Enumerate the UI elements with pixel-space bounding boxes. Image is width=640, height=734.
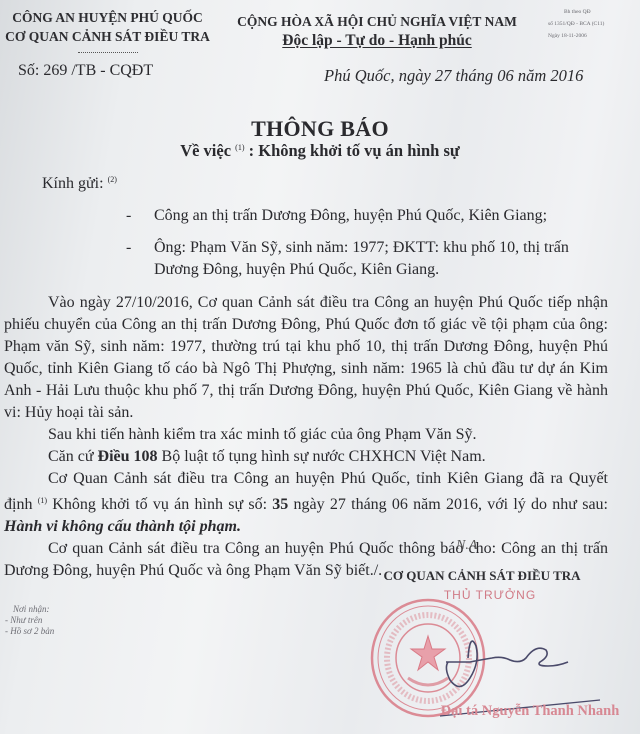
decision-reason: Hành vi không cấu thành tội phạm. (4, 518, 241, 535)
signing-organization: CƠ QUAN CẢNH SÁT ĐIỀU TRA (362, 568, 602, 584)
agency-line-2: CƠ QUAN CẢNH SÁT ĐIỀU TRA (0, 27, 215, 46)
place-date: Phú Quốc, ngày 27 tháng 06 năm 2016 (324, 66, 583, 86)
bullet-dash: - (126, 205, 131, 227)
text: Không khởi tố vụ án hình sự số: (47, 496, 272, 513)
issuing-agency: CÔNG AN HUYỆN PHÚ QUỐC CƠ QUAN CẢNH SÁT … (0, 8, 215, 57)
divider (78, 46, 138, 53)
paragraph-4: Cơ Quan Cảnh sát điều tra Công an huyện … (4, 468, 608, 538)
handwritten-initials: N.A (456, 538, 477, 554)
paragraph-2: Sau khi tiến hành kiểm tra xác minh tố g… (4, 424, 608, 446)
national-motto: Độc lập - Tự do - Hạnh phúc (228, 31, 526, 50)
national-header: CỘNG HÒA XÃ HỘI CHỦ NGHĨA VIỆT NAM Độc l… (228, 12, 526, 50)
form-note-line: Bh theo QĐ (548, 6, 633, 18)
nation-name: CỘNG HÒA XÃ HỘI CHỦ NGHĨA VIỆT NAM (228, 12, 526, 31)
footnote-marker: (1) (235, 143, 244, 152)
footnote-marker: (1) (38, 496, 47, 505)
bullet-dash: - (126, 237, 131, 259)
recipient-item: - Công an thị trấn Dương Đông, huyện Phú… (134, 205, 584, 227)
decision-number: 35 (272, 496, 288, 513)
distribution-item: - Hồ sơ 2 bản (5, 626, 54, 637)
signer-name: Đại tá Nguyễn Thanh Nhanh (420, 703, 640, 720)
recipients-label-text: Kính gửi: (42, 175, 104, 192)
text: ngày 27 tháng 06 năm 2016, với lý do như… (288, 496, 608, 513)
recipient-text: Công an thị trấn Dương Đông, huyện Phú Q… (134, 205, 584, 227)
form-reference-note: Bh theo QĐ số 1351/QĐ - BCA (C11) Ngày 1… (548, 6, 633, 42)
text: Bộ luật tố tụng hình sự nước CHXHCN Việt… (158, 448, 486, 465)
recipients-label: Kính gửi: (2) (42, 175, 117, 193)
document-body: Vào ngày 27/10/2016, Cơ quan Cảnh sát đi… (4, 292, 608, 582)
distribution-item: - Như trên (5, 615, 54, 626)
document-title: THÔNG BÁO (0, 116, 640, 142)
form-note-line: Ngày 18-11-2006 (548, 30, 633, 42)
text: Căn cứ (48, 448, 98, 465)
distribution-heading: Nơi nhận: (5, 604, 54, 615)
document-number: Số: 269 /TB - CQĐT (18, 62, 153, 80)
document-subject: Về việc (1) : Không khởi tố vụ án hình s… (0, 141, 640, 161)
legal-article: Điều 108 (98, 448, 158, 465)
form-note-line: số 1351/QĐ - BCA (C11) (548, 18, 633, 30)
subject-text: : Không khởi tố vụ án hình sự (249, 141, 460, 160)
recipient-item: - Ông: Phạm Văn Sỹ, sinh năm: 1977; ĐKTT… (134, 237, 584, 281)
agency-line-1: CÔNG AN HUYỆN PHÚ QUỐC (0, 8, 215, 27)
subject-label: Về việc (180, 141, 231, 160)
recipient-text: Ông: Phạm Văn Sỹ, sinh năm: 1977; ĐKTT: … (134, 237, 584, 281)
paragraph-1: Vào ngày 27/10/2016, Cơ quan Cảnh sát đi… (4, 292, 608, 424)
distribution-list: Nơi nhận: - Như trên - Hồ sơ 2 bản (5, 604, 54, 637)
paragraph-3: Căn cứ Điều 108 Bộ luật tố tụng hình sự … (4, 446, 608, 468)
footnote-marker: (2) (108, 175, 117, 184)
